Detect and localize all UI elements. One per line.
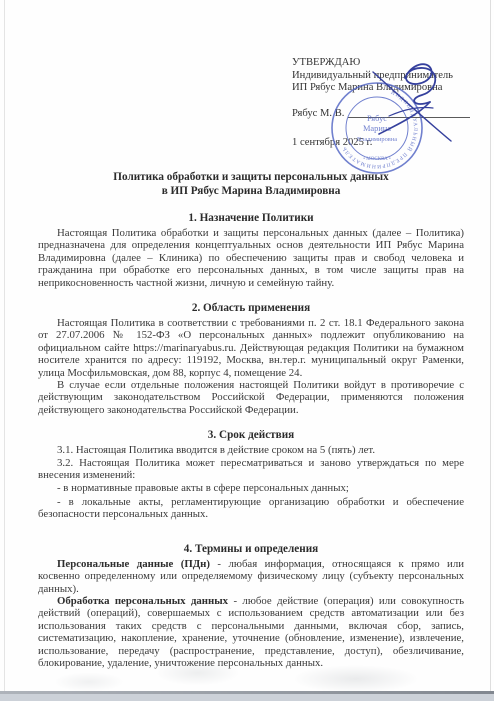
section-3-item-3-2: 3.2. Настоящая Политика может пересматри… xyxy=(38,457,464,482)
term-personal-data: Персональные данные (ПДн) - любая информ… xyxy=(38,558,464,595)
section-2-heading: 2. Область применения xyxy=(38,302,464,315)
section-3-heading: 3. Срок действия xyxy=(38,429,464,442)
section-3-bullet-1: - в нормативные правовые акты в сфере пе… xyxy=(38,482,464,494)
term-processing-label: Обработка персональных данных xyxy=(57,595,228,607)
section-4-heading: 4. Термины и определения xyxy=(38,543,464,556)
section-2-paragraph-1: Настоящая Политика в соответствии с треб… xyxy=(38,317,464,379)
scan-background-strip xyxy=(0,694,494,701)
section-1-paragraph: Настоящая Политика обработки и защиты пе… xyxy=(38,227,464,289)
page-right-edge xyxy=(490,0,491,691)
page-left-edge xyxy=(4,0,5,691)
term-personal-data-label: Персональные данные (ПДн) xyxy=(57,558,210,570)
section-1-heading: 1. Назначение Политики xyxy=(38,212,464,225)
document-photo: УТВЕРЖДАЮ Индивидуальный предприниматель… xyxy=(0,0,494,701)
document-title-line2: в ИП Рябус Марина Владимировна xyxy=(38,184,464,199)
document-page: УТВЕРЖДАЮ Индивидуальный предприниматель… xyxy=(0,0,494,701)
section-3-item-3-1: 3.1. Настоящая Политика вводится в дейст… xyxy=(38,444,464,456)
signature-scribble xyxy=(345,56,463,148)
term-processing: Обработка персональных данных - любое де… xyxy=(38,595,464,669)
section-2-paragraph-2: В случае если отдельные положения настоя… xyxy=(38,379,464,416)
section-3-bullet-2: - в локальные акты, регламентирующие орг… xyxy=(38,496,464,521)
stamp-ring-bottom-text: • МОСКВА • xyxy=(363,157,391,162)
